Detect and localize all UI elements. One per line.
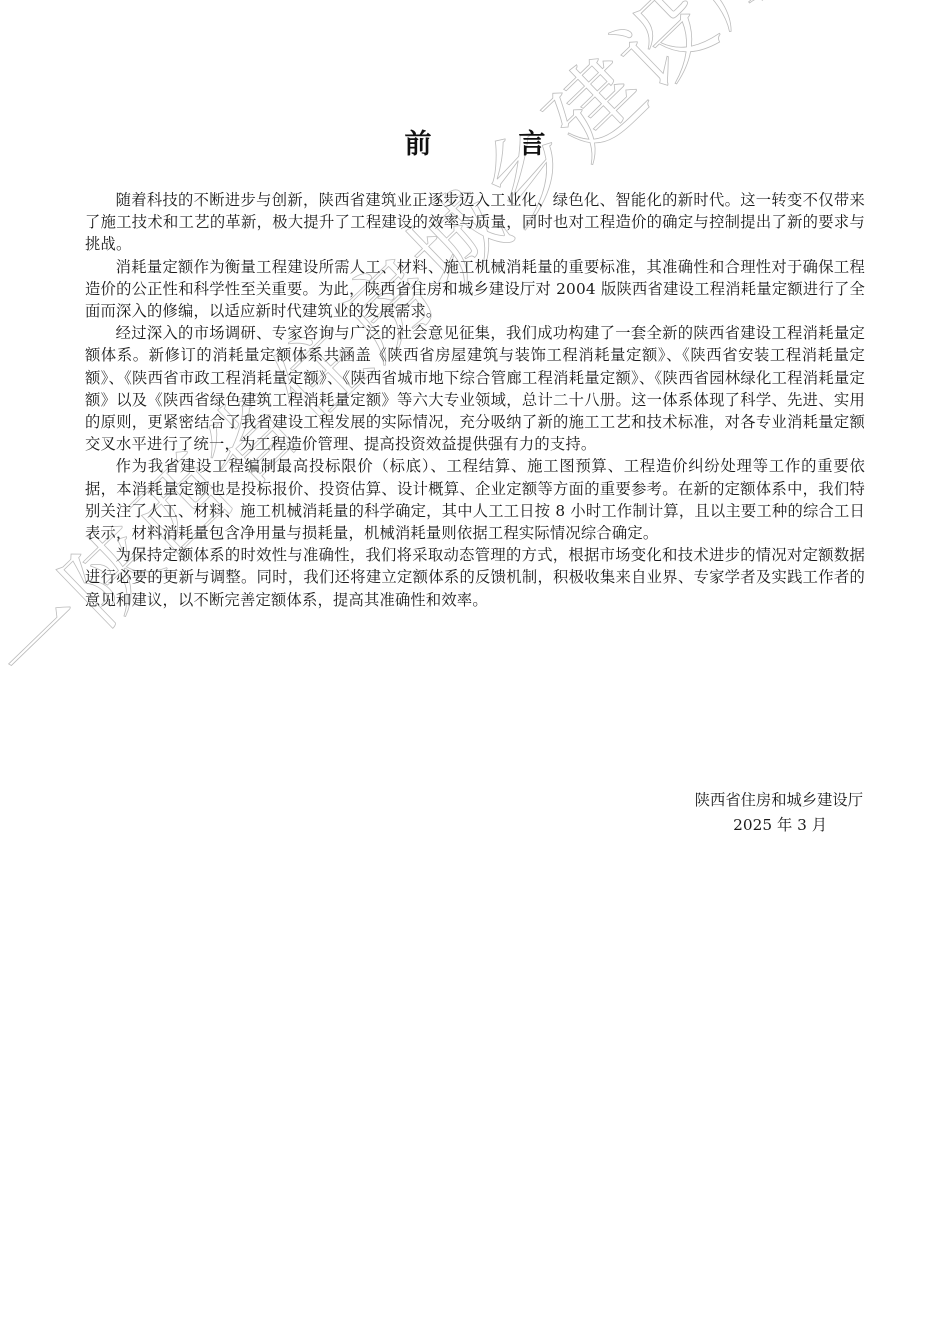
paragraph: 随着科技的不断进步与创新，陕西省建筑业正逐步迈入工业化、绿色化、智能化的新时代。… [85,189,865,256]
paragraph: 消耗量定额作为衡量工程建设所需人工、材料、施工机械消耗量的重要标准，其准确性和合… [85,256,865,323]
page-title: 前 言 [0,122,950,161]
signature-block: 陕西省住房和城乡建设厅 2025 年 3 月 [695,788,863,838]
paragraph: 经过深入的市场调研、专家咨询与广泛的社会意见征集，我们成功构建了一套全新的陕西省… [85,322,865,455]
preface-body: 随着科技的不断进步与创新，陕西省建筑业正逐步迈入工业化、绿色化、智能化的新时代。… [85,189,865,611]
paragraph: 作为我省建设工程编制最高投标限价（标底）、工程结算、施工图预算、工程造价纠纷处理… [85,455,865,544]
document-page: 一陕西省住房城乡建设厅信息公开专用一 前 言 随着科技的不断进步与创新，陕西省建… [0,0,950,1344]
issue-date: 2025 年 3 月 [695,813,863,838]
paragraph: 为保持定额体系的时效性与准确性，我们将采取动态管理的方式，根据市场变化和技术进步… [85,544,865,611]
issuer-name: 陕西省住房和城乡建设厅 [695,788,863,813]
